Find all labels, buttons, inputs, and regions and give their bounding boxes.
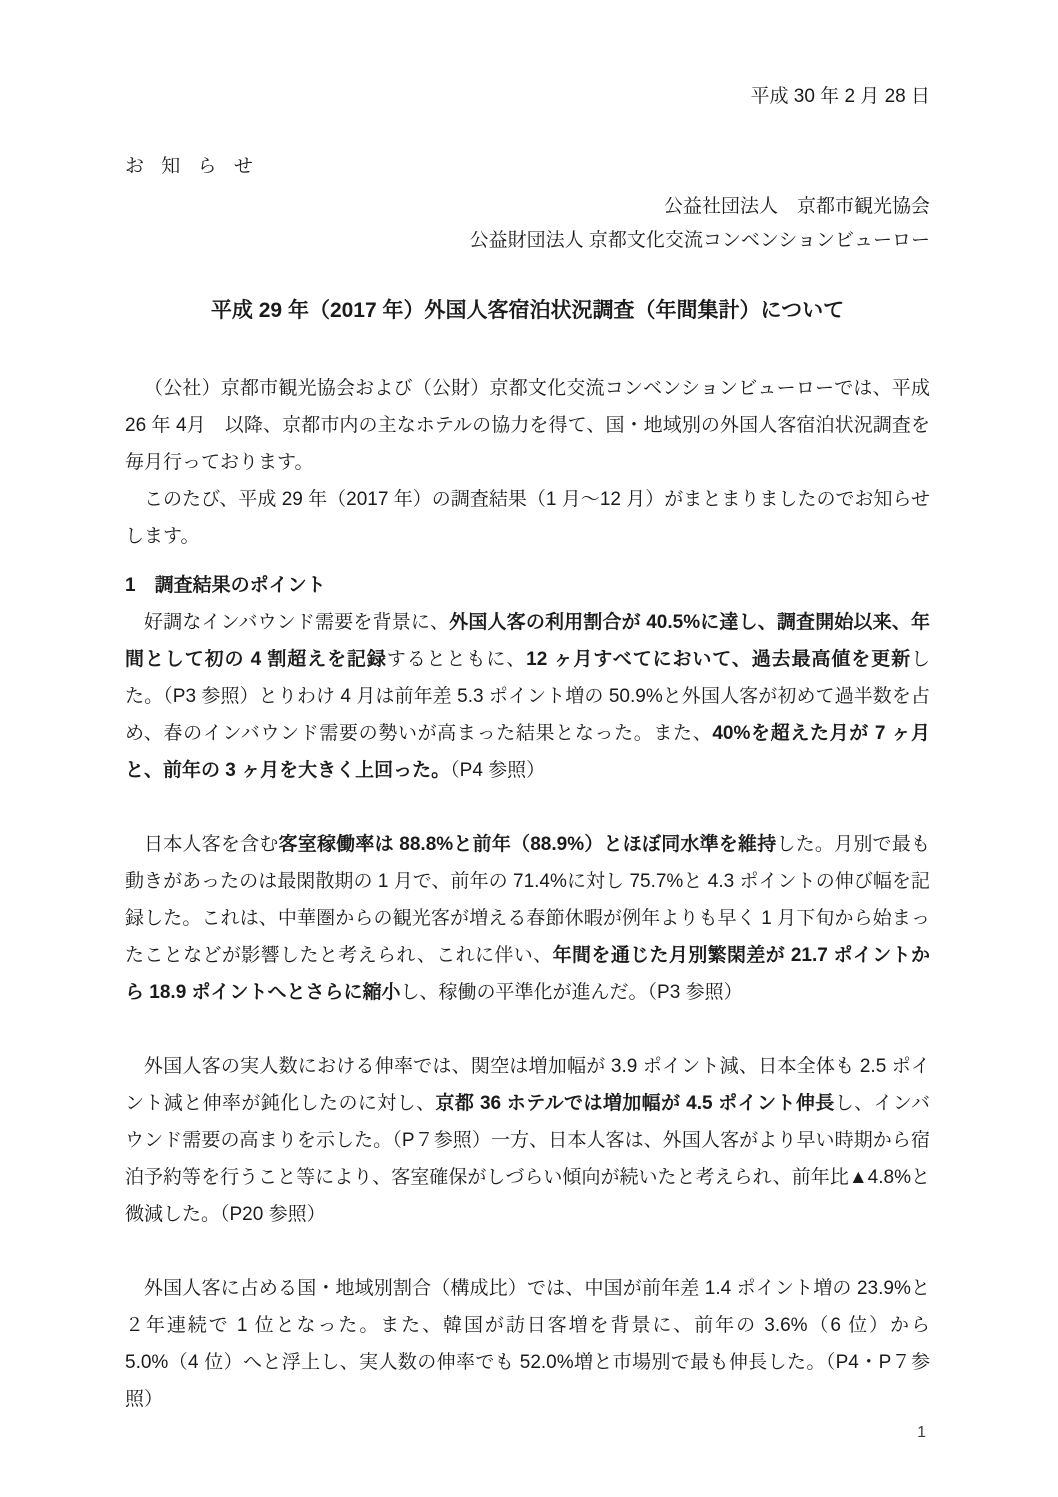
- text-segment: 京都 36 ホテルでは増加幅が 4.5 ポイント伸長: [435, 1093, 834, 1114]
- organization-line-2: 公益財団法人 京都文化交流コンベンションビューロー: [125, 224, 930, 258]
- paragraph: 日本人客を含む客室稼働率は 88.8%と前年（88.9%）とほぼ同水準を維持した…: [125, 826, 930, 1011]
- section1-heading: 1 調査結果のポイント: [125, 567, 930, 604]
- organization-line-1: 公益社団法人 京都市観光協会: [125, 190, 930, 224]
- intro-paragraphs: （公社）京都市観光協会および（公財）京都文化交流コンベンションビューローでは、平…: [125, 370, 930, 555]
- document-title: 平成 29 年（2017 年）外国人客宿泊状況調査（年間集計）について: [125, 296, 930, 326]
- text-segment: （公社）京都市観光協会および（公財）京都文化交流コンベンションビューローでは、平…: [125, 378, 930, 473]
- organization-lines: 公益社団法人 京都市観光協会 公益財団法人 京都文化交流コンベンションビューロー: [125, 190, 930, 258]
- paragraph: 外国人客に占める国・地域別割合（構成比）では、中国が前年差 1.4 ポイント増の…: [125, 1270, 930, 1418]
- text-segment: 日本人客を含む: [144, 834, 279, 855]
- text-segment: 好調なインバウンド需要を背景に、: [144, 612, 449, 633]
- text-segment: このたび、平成 29 年（2017 年）の調査結果（1 月～12 月）がまとまり…: [125, 489, 930, 547]
- notice-label: お 知 ら せ: [125, 154, 930, 180]
- text-segment: 12 ヶ月すべてにおいて、過去最高値を更新: [526, 649, 911, 670]
- document-date: 平成 30 年 2 月 28 日: [125, 84, 930, 110]
- document-page: 平成 30 年 2 月 28 日 お 知 ら せ 公益社団法人 京都市観光協会 …: [0, 0, 1058, 1497]
- section1-paragraphs: 好調なインバウンド需要を背景に、外国人客の利用割合が 40.5%に達し、調査開始…: [125, 604, 930, 1418]
- paragraph: このたび、平成 29 年（2017 年）の調査結果（1 月～12 月）がまとまり…: [125, 481, 930, 555]
- paragraph: （公社）京都市観光協会および（公財）京都文化交流コンベンションビューローでは、平…: [125, 370, 930, 481]
- text-segment: 客室稼働率は 88.8%と前年（88.9%）とほぼ同水準を維持: [279, 834, 777, 855]
- paragraph: 好調なインバウンド需要を背景に、外国人客の利用割合が 40.5%に達し、調査開始…: [125, 604, 930, 789]
- paragraph: 外国人客の実人数における伸率では、関空は増加幅が 3.9 ポイント減、日本全体も…: [125, 1048, 930, 1233]
- text-segment: し、稼働の平準化が進んだ。（P3 参照）: [401, 982, 743, 1003]
- page-number: 1: [917, 1423, 926, 1443]
- text-segment: （P4 参照）: [450, 760, 545, 781]
- text-segment: 外国人客に占める国・地域別割合（構成比）では、中国が前年差 1.4 ポイント増の…: [125, 1278, 930, 1410]
- text-segment: するとともに、: [387, 649, 526, 670]
